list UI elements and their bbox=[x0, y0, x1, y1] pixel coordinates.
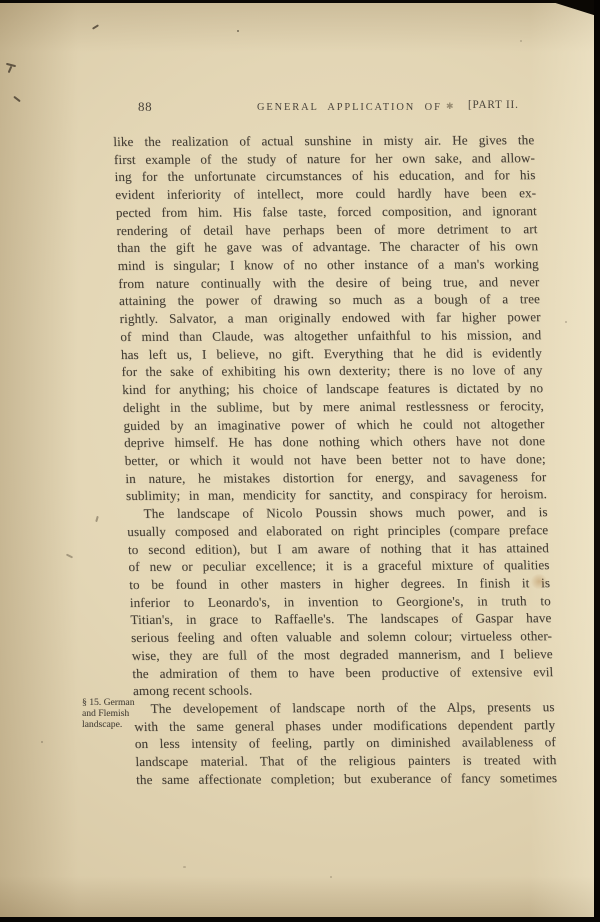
text-line: of new or peculiar excellence; it is a g… bbox=[128, 556, 550, 576]
text-line: to second edition), but I am aware of no… bbox=[128, 539, 550, 559]
text-line: the same affectionate completion; but ex… bbox=[136, 769, 558, 789]
paper-shadow-top bbox=[0, 0, 600, 52]
text-line: pected from him. His false taste, forced… bbox=[116, 202, 538, 222]
text-line: to be found in other masters in higher d… bbox=[129, 574, 551, 594]
paragraph: The landscape of Nicolo Poussin shows mu… bbox=[126, 503, 554, 700]
text-line: evident inferiority of intellect, more c… bbox=[115, 184, 537, 204]
paper-shadow-bottom bbox=[0, 876, 600, 922]
text-line: better, or which it would not have been … bbox=[124, 450, 546, 470]
foxing-stain bbox=[243, 406, 253, 414]
text-line: wise, they are full of the most degraded… bbox=[131, 645, 553, 665]
text-line: the admiration of them to have been prod… bbox=[132, 663, 554, 683]
scan-edge-right bbox=[594, 0, 600, 922]
text-line: delight in the sublime, but by mere anim… bbox=[123, 397, 545, 417]
text-line: deprive himself. He has done nothing whi… bbox=[124, 432, 546, 452]
sidenote-line: landscape. bbox=[82, 719, 150, 730]
text-line: ing for the unfortunate circumstances of… bbox=[114, 167, 536, 187]
text-line: inferior to Leonardo's, in invention to … bbox=[129, 592, 551, 612]
text-line: has left us, I believe, no gift. Everyth… bbox=[121, 344, 543, 364]
text-line: mind is singular; I know of no other ins… bbox=[117, 255, 539, 275]
text-line: The developement of landscape north of t… bbox=[133, 698, 555, 718]
paragraph: The developement of landscape north of t… bbox=[133, 698, 557, 788]
part-label: [PART II. bbox=[468, 99, 519, 111]
text-line: in nature, he mistakes distortion for en… bbox=[125, 468, 547, 488]
text-line: of mind than Claude, was altogether unfa… bbox=[120, 326, 542, 346]
paper-speck bbox=[183, 866, 186, 868]
ink-mark bbox=[66, 554, 73, 559]
paper-shadow-left bbox=[0, 0, 78, 922]
text-line: The landscape of Nicolo Poussin shows mu… bbox=[126, 503, 548, 523]
text-line: Titian's, in grace to Raffaelle's. The l… bbox=[130, 610, 552, 630]
ink-mark bbox=[13, 96, 21, 103]
text-line: on less intensity of feeling, partly on … bbox=[135, 734, 557, 754]
scan-edge-bottom bbox=[0, 917, 600, 922]
sidenote-line: and Flemish bbox=[82, 708, 150, 719]
paragraph: like the realization of actual sunshine … bbox=[113, 131, 547, 505]
book-page-scan: 88 GENERAL APPLICATION OF [PART II. like… bbox=[0, 0, 600, 922]
text-line: than the gift he gave was of advantage. … bbox=[117, 237, 539, 257]
text-line: guided by an imaginative power of which … bbox=[123, 415, 545, 435]
ink-mark bbox=[95, 516, 99, 522]
text-line: from nature continually with the desire … bbox=[118, 273, 540, 293]
text-line: with the same general phases under modif… bbox=[134, 716, 556, 736]
ink-mark bbox=[92, 24, 99, 29]
text-line: attaining the power of drawing so much a… bbox=[119, 291, 541, 311]
paper-speck bbox=[520, 40, 522, 42]
paper-speck bbox=[565, 321, 567, 323]
text-line: like the realization of actual sunshine … bbox=[113, 131, 535, 151]
text-line: rightly. Salvator, a man originally endo… bbox=[119, 308, 541, 328]
text-line: for the sake of exhibiting his own dexte… bbox=[121, 362, 543, 382]
foxing-stain bbox=[530, 574, 548, 589]
text-line: first example of the study of nature for… bbox=[114, 149, 536, 169]
text-line: sublimity; in man, mendicity for sanctit… bbox=[126, 486, 548, 506]
section-sidenote: § 15. German and Flemish landscape. bbox=[82, 697, 150, 730]
paper-speck bbox=[41, 741, 43, 743]
paper-speck bbox=[237, 30, 239, 32]
text-line: among recent schools. bbox=[133, 680, 555, 700]
text-line: usually composed and elaborated on right… bbox=[127, 521, 549, 541]
text-line: serious feeling and often valuable and s… bbox=[131, 627, 553, 647]
scan-edge-top bbox=[0, 0, 600, 3]
faint-asterisk-mark: ✱ bbox=[446, 101, 454, 112]
text-line: rendering of detail have perhaps been of… bbox=[116, 220, 538, 240]
sidenote-line: § 15. German bbox=[82, 697, 150, 708]
ink-mark bbox=[8, 66, 13, 73]
running-head: GENERAL APPLICATION OF bbox=[257, 102, 442, 113]
page-number: 88 bbox=[138, 99, 152, 115]
text-line: kind for anything; his choice of landsca… bbox=[122, 379, 544, 399]
text-line: landscape material. That of the religiou… bbox=[135, 751, 557, 771]
body-text: like the realization of actual sunshine … bbox=[113, 131, 557, 788]
paper-speck bbox=[330, 876, 332, 878]
